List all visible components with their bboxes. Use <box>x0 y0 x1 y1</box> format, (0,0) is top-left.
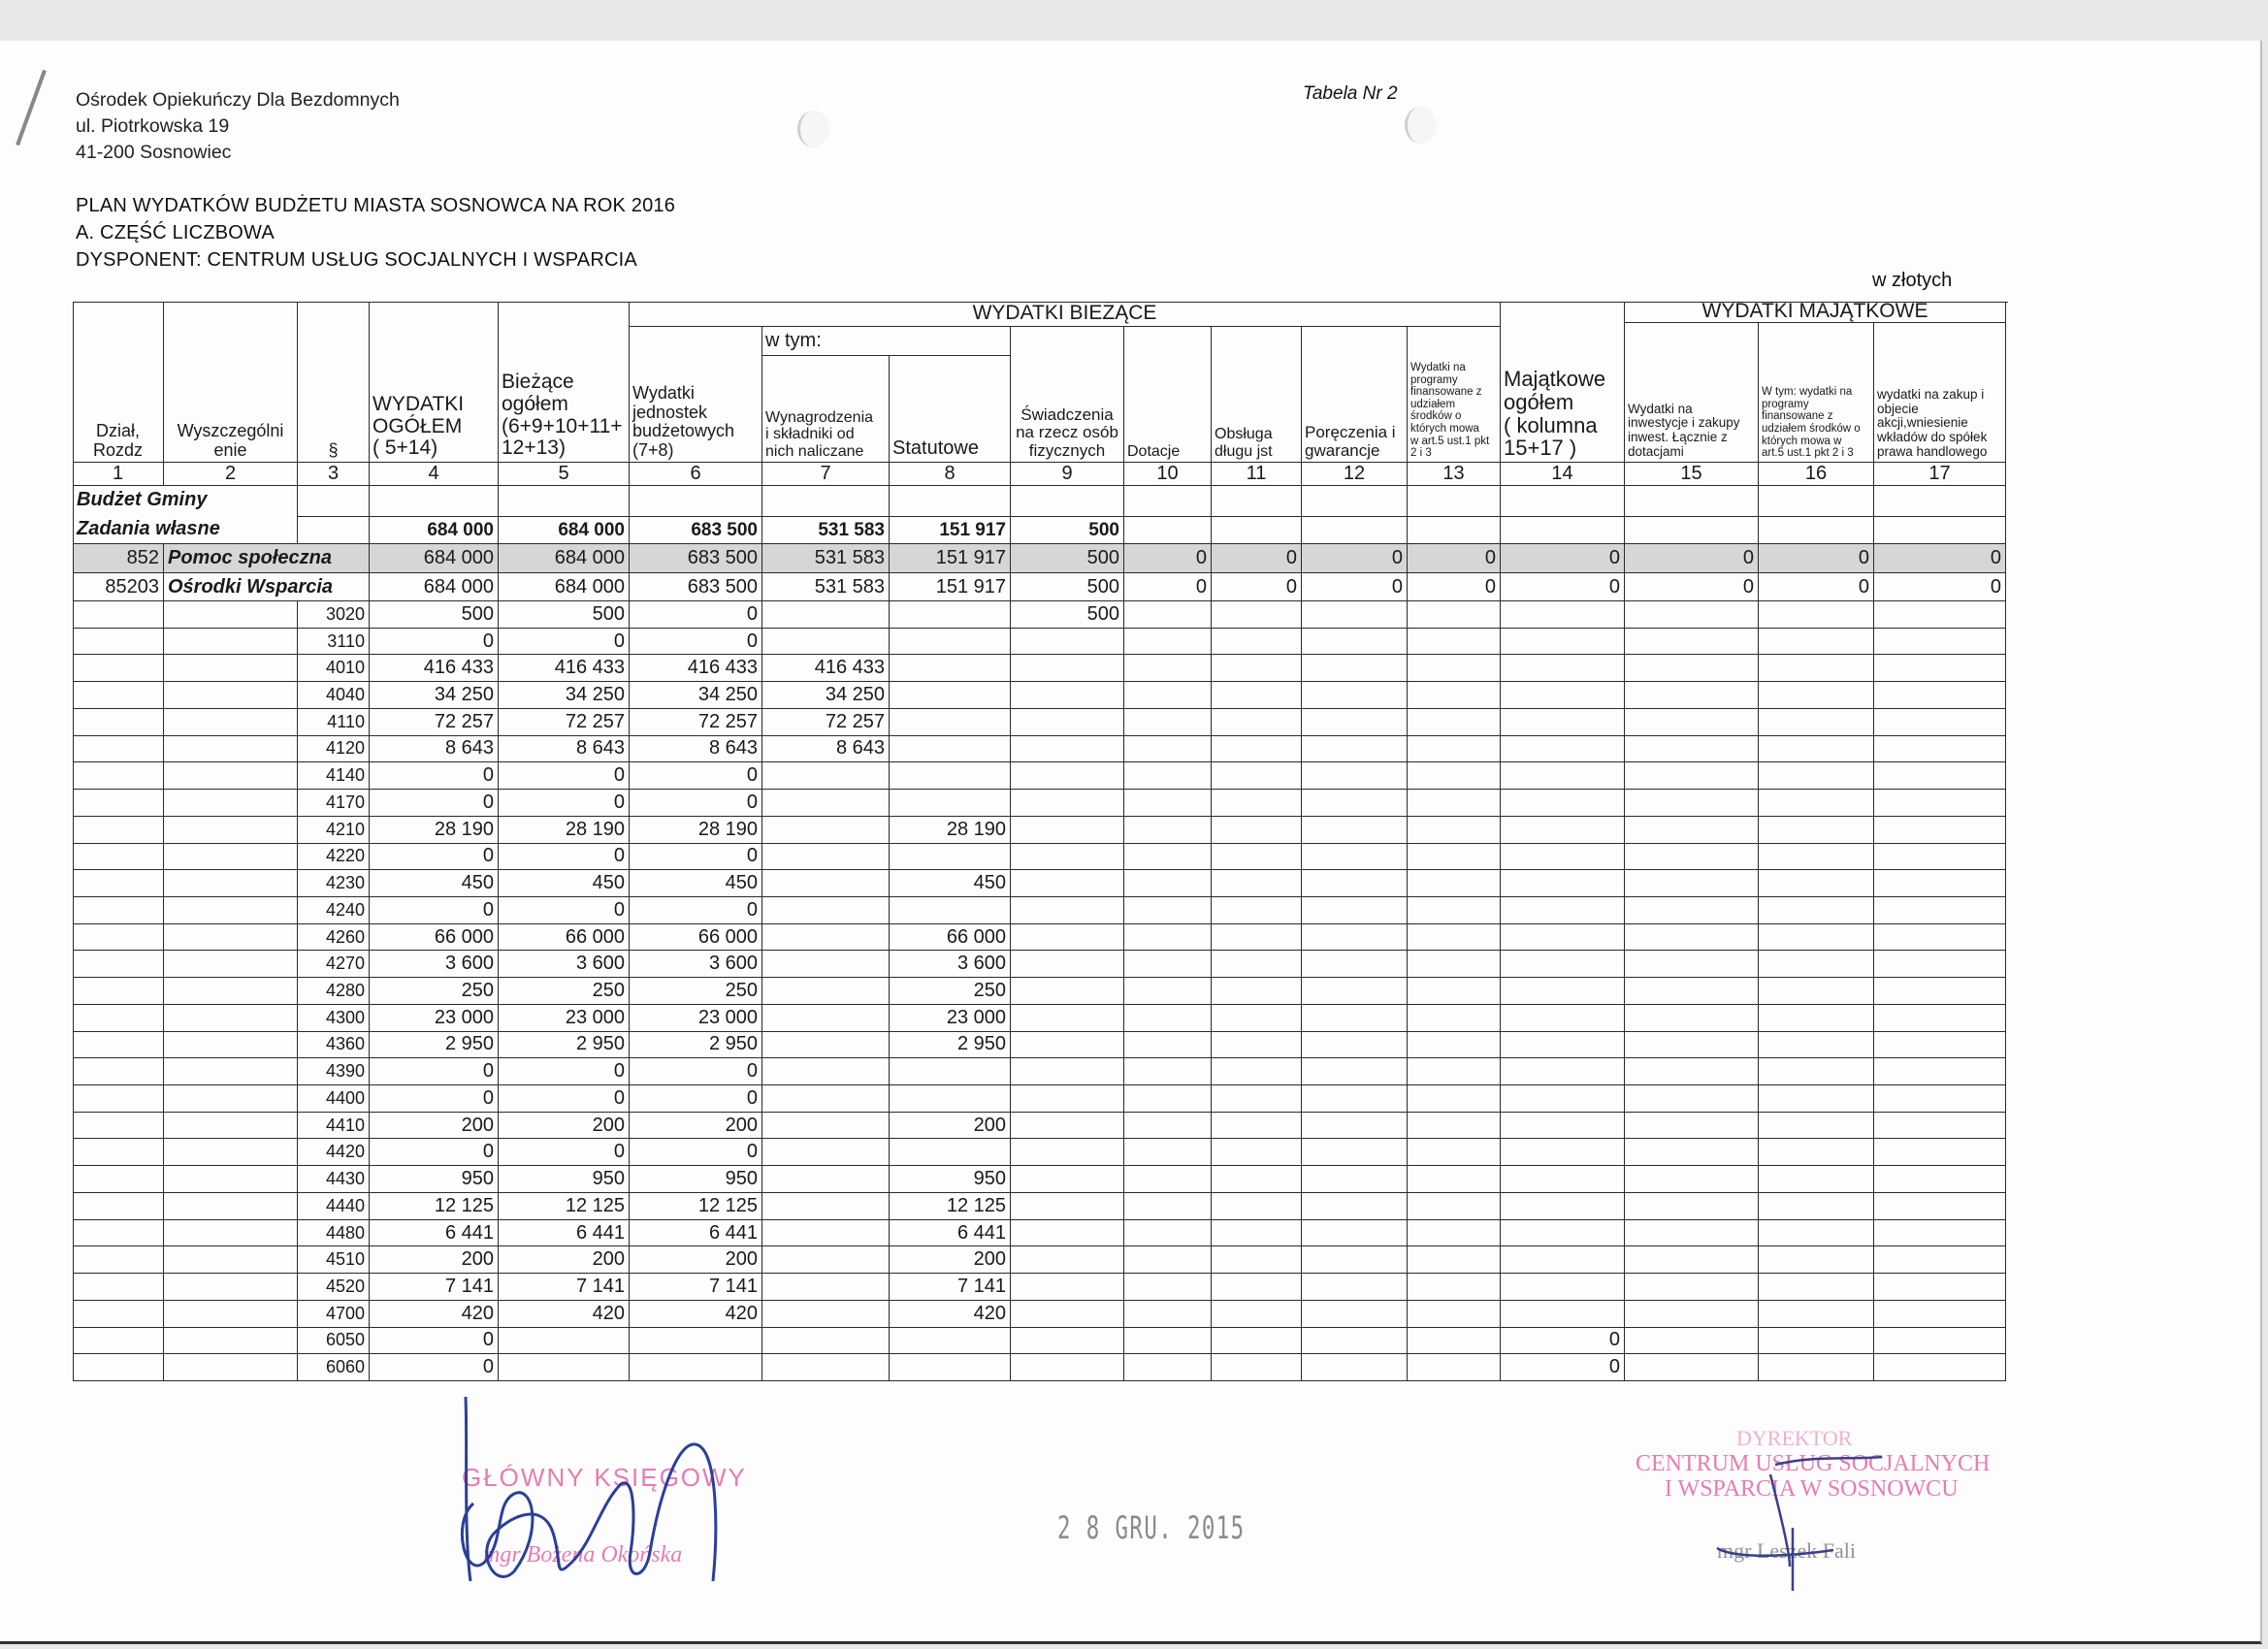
column-number: 1 <box>73 463 164 486</box>
detail-value <box>1124 790 1212 817</box>
detail-value <box>1625 1032 1759 1059</box>
column-number: 8 <box>890 463 1011 486</box>
detail-value <box>1501 762 1625 790</box>
detail-value <box>1874 1301 2006 1328</box>
detail-value <box>1302 978 1408 1005</box>
detail-blank <box>164 1354 298 1381</box>
summary-value: 684 000 <box>370 517 499 544</box>
detail-value: 66 000 <box>630 924 762 952</box>
detail-value <box>1212 790 1302 817</box>
paragraph-code: 4300 <box>298 1005 370 1032</box>
detail-value <box>1625 790 1759 817</box>
paragraph-code: 4480 <box>298 1220 370 1247</box>
row-section-name: Pomoc społeczna <box>164 544 370 573</box>
director-stamp-title: DYREKTOR <box>1736 1426 1852 1451</box>
detail-value <box>1408 844 1501 871</box>
detail-value <box>1759 1246 1874 1274</box>
detail-value <box>1011 1301 1124 1328</box>
detail-value <box>1124 951 1212 978</box>
detail-value <box>1212 844 1302 871</box>
detail-value <box>762 1193 890 1220</box>
detail-value <box>1501 844 1625 871</box>
summary-top-blank <box>630 486 762 517</box>
detail-value <box>762 1220 890 1247</box>
detail-value <box>1874 601 2006 629</box>
detail-value: 2 950 <box>890 1032 1011 1059</box>
col-header-paragraf: § <box>298 302 370 463</box>
row-section-name: Ośrodki Wsparcia <box>164 573 370 601</box>
detail-value: 0 <box>499 1058 630 1085</box>
detail-value <box>762 897 890 924</box>
detail-blank <box>164 1301 298 1328</box>
detail-value: 2 950 <box>370 1032 499 1059</box>
detail-value <box>1408 1139 1501 1166</box>
detail-value <box>1124 1246 1212 1274</box>
detail-value: 0 <box>499 790 630 817</box>
detail-value <box>1011 655 1124 682</box>
detail-value <box>1501 1005 1625 1032</box>
detail-blank <box>73 1032 164 1059</box>
col-header-wydatki-ogolem: WYDATKIOGÓŁEM( 5+14) <box>370 302 499 463</box>
detail-value: 420 <box>890 1301 1011 1328</box>
detail-value: 500 <box>499 601 630 629</box>
detail-value <box>1759 1328 1874 1355</box>
detail-value <box>1011 736 1124 763</box>
detail-value <box>1302 951 1408 978</box>
detail-value: 2 950 <box>630 1032 762 1059</box>
summary-value: 531 583 <box>762 517 890 544</box>
col-header-jednostek: Wydatkijednostekbudżetowych(7+8) <box>630 327 762 463</box>
detail-value <box>1124 844 1212 871</box>
detail-value <box>1501 790 1625 817</box>
detail-value: 0 <box>630 1139 762 1166</box>
detail-value <box>1302 709 1408 736</box>
detail-value: 3 600 <box>630 951 762 978</box>
detail-value <box>762 1058 890 1085</box>
detail-value: 12 125 <box>370 1193 499 1220</box>
detail-value <box>1501 817 1625 844</box>
detail-blank <box>73 870 164 897</box>
detail-value <box>1212 1246 1302 1274</box>
detail-value <box>1124 655 1212 682</box>
detail-value <box>1212 897 1302 924</box>
detail-value <box>1212 1193 1302 1220</box>
detail-blank <box>164 1139 298 1166</box>
row-value: 0 <box>1302 573 1408 601</box>
detail-value <box>1124 682 1212 709</box>
detail-value: 450 <box>370 870 499 897</box>
detail-value: 23 000 <box>370 1005 499 1032</box>
detail-value <box>1874 736 2006 763</box>
detail-value <box>890 1085 1011 1113</box>
row-value: 0 <box>1874 573 2006 601</box>
summary-value: 151 917 <box>890 517 1011 544</box>
detail-value <box>762 1328 890 1355</box>
detail-value <box>1625 870 1759 897</box>
detail-value: 950 <box>890 1166 1011 1193</box>
budget-table: Dział,RozdzWyszczególnienie§WYDATKIOGÓŁE… <box>0 0 2268 1649</box>
detail-value: 450 <box>499 870 630 897</box>
detail-value <box>1408 1274 1501 1301</box>
detail-value <box>1874 870 2006 897</box>
detail-value <box>1011 762 1124 790</box>
detail-value <box>1874 1085 2006 1113</box>
column-number: 6 <box>630 463 762 486</box>
detail-value: 450 <box>890 870 1011 897</box>
detail-blank <box>73 1274 164 1301</box>
paragraph-code: 6060 <box>298 1354 370 1381</box>
row-value: 0 <box>1124 573 1212 601</box>
detail-value <box>1759 924 1874 952</box>
detail-value: 23 000 <box>499 1005 630 1032</box>
col-header-inwestycje: Wydatki nainwestycje i zakupyinwest. Łąc… <box>1625 323 1759 463</box>
detail-value <box>1759 1058 1874 1085</box>
detail-blank <box>73 1328 164 1355</box>
detail-value <box>1124 629 1212 656</box>
detail-value: 0 <box>630 897 762 924</box>
detail-value: 950 <box>370 1166 499 1193</box>
column-number: 11 <box>1212 463 1302 486</box>
detail-value <box>1011 629 1124 656</box>
detail-value: 0 <box>370 1328 499 1355</box>
paragraph-code: 4410 <box>298 1113 370 1140</box>
detail-value <box>1874 1193 2006 1220</box>
detail-value <box>1625 1113 1759 1140</box>
detail-value <box>1124 736 1212 763</box>
detail-value <box>1874 1220 2006 1247</box>
summary-value <box>1501 517 1625 544</box>
detail-value <box>1124 1085 1212 1113</box>
detail-value: 66 000 <box>499 924 630 952</box>
detail-value <box>1759 1354 1874 1381</box>
detail-value <box>1759 629 1874 656</box>
detail-value <box>1625 844 1759 871</box>
row-value: 683 500 <box>630 544 762 573</box>
detail-value: 3 600 <box>890 951 1011 978</box>
row-value: 0 <box>1501 544 1625 573</box>
detail-value <box>1759 1085 1874 1113</box>
detail-value <box>1302 1274 1408 1301</box>
summary-value: 684 000 <box>499 517 630 544</box>
detail-value <box>762 1301 890 1328</box>
detail-value <box>1408 790 1501 817</box>
summary-top-blank <box>370 486 499 517</box>
detail-value <box>1501 870 1625 897</box>
detail-value <box>1874 951 2006 978</box>
detail-value <box>1011 1328 1124 1355</box>
column-number: 15 <box>1625 463 1759 486</box>
detail-value <box>1212 1032 1302 1059</box>
detail-value <box>1874 655 2006 682</box>
detail-value <box>762 1032 890 1059</box>
summary-top-blank <box>1124 486 1212 517</box>
detail-value <box>1212 1085 1302 1113</box>
detail-value <box>1501 1301 1625 1328</box>
detail-value <box>499 1328 630 1355</box>
detail-blank <box>73 1246 164 1274</box>
detail-value <box>1625 1085 1759 1113</box>
detail-blank <box>164 844 298 871</box>
detail-value <box>1408 924 1501 952</box>
detail-value <box>1124 1005 1212 1032</box>
detail-value <box>1212 682 1302 709</box>
detail-value <box>1011 1220 1124 1247</box>
detail-value <box>762 1166 890 1193</box>
detail-value <box>1501 1058 1625 1085</box>
detail-value <box>1625 1246 1759 1274</box>
col-header-akcje-udzialy: wydatki na zakup iobjecieakcji,wniesieni… <box>1874 323 2006 463</box>
detail-value <box>1011 870 1124 897</box>
paragraph-code: 4260 <box>298 924 370 952</box>
row-value: 0 <box>1625 573 1759 601</box>
detail-value: 0 <box>370 762 499 790</box>
detail-value <box>1124 601 1212 629</box>
detail-value <box>1874 1328 2006 1355</box>
detail-value <box>1408 762 1501 790</box>
detail-blank <box>164 1274 298 1301</box>
detail-value <box>762 1354 890 1381</box>
detail-value <box>1759 817 1874 844</box>
detail-blank <box>73 844 164 871</box>
detail-value <box>1874 1005 2006 1032</box>
detail-value <box>1124 897 1212 924</box>
detail-blank <box>164 790 298 817</box>
detail-value <box>1501 629 1625 656</box>
detail-value: 0 <box>499 762 630 790</box>
detail-value: 200 <box>370 1246 499 1274</box>
detail-value <box>1302 629 1408 656</box>
detail-value <box>630 1328 762 1355</box>
detail-value <box>1302 1058 1408 1085</box>
col-header-statutowe: Statutowe <box>890 356 1011 463</box>
detail-value <box>762 978 890 1005</box>
detail-value <box>1759 1032 1874 1059</box>
detail-value <box>1874 629 2006 656</box>
row-value: 0 <box>1759 573 1874 601</box>
detail-value <box>1124 709 1212 736</box>
detail-blank <box>164 978 298 1005</box>
detail-value <box>1302 1085 1408 1113</box>
detail-value <box>1501 897 1625 924</box>
column-number: 5 <box>499 463 630 486</box>
detail-value: 8 643 <box>762 736 890 763</box>
detail-value <box>1408 817 1501 844</box>
column-number: 12 <box>1302 463 1408 486</box>
detail-value <box>1124 1301 1212 1328</box>
detail-value <box>1625 897 1759 924</box>
detail-value <box>1501 682 1625 709</box>
detail-value: 34 250 <box>762 682 890 709</box>
detail-value <box>890 1328 1011 1355</box>
summary-top-blank <box>762 486 890 517</box>
detail-value <box>1124 1113 1212 1140</box>
detail-value <box>1625 924 1759 952</box>
detail-value <box>1302 655 1408 682</box>
detail-value: 420 <box>499 1301 630 1328</box>
detail-value: 0 <box>370 790 499 817</box>
detail-value <box>1408 897 1501 924</box>
detail-value <box>1302 1166 1408 1193</box>
detail-value <box>1212 817 1302 844</box>
detail-value <box>1874 1166 2006 1193</box>
detail-value <box>1759 682 1874 709</box>
detail-value <box>1124 1193 1212 1220</box>
detail-value: 416 433 <box>370 655 499 682</box>
detail-value <box>1124 1354 1212 1381</box>
detail-value <box>1212 1328 1302 1355</box>
detail-value <box>1501 1220 1625 1247</box>
detail-value <box>1874 790 2006 817</box>
detail-value <box>890 762 1011 790</box>
column-number: 2 <box>164 463 298 486</box>
detail-value <box>1011 1058 1124 1085</box>
detail-value: 23 000 <box>630 1005 762 1032</box>
detail-value <box>1302 1328 1408 1355</box>
detail-value <box>1011 1354 1124 1381</box>
detail-value: 8 643 <box>370 736 499 763</box>
detail-value <box>762 844 890 871</box>
detail-value <box>1874 1139 2006 1166</box>
detail-value: 28 190 <box>499 817 630 844</box>
detail-value: 0 <box>630 844 762 871</box>
detail-value <box>1501 1274 1625 1301</box>
row-value: 0 <box>1212 544 1302 573</box>
detail-value <box>762 1005 890 1032</box>
detail-value <box>1212 709 1302 736</box>
detail-blank <box>73 1193 164 1220</box>
summary-value <box>298 517 370 544</box>
detail-value <box>1124 1220 1212 1247</box>
detail-blank <box>164 601 298 629</box>
detail-value <box>1124 1328 1212 1355</box>
detail-value <box>1408 1301 1501 1328</box>
detail-value: 0 <box>630 790 762 817</box>
detail-value <box>1759 897 1874 924</box>
paragraph-code: 6050 <box>298 1328 370 1355</box>
summary-top-blank <box>1625 486 1759 517</box>
detail-value <box>1212 629 1302 656</box>
detail-value <box>1011 951 1124 978</box>
detail-value <box>1501 1166 1625 1193</box>
detail-value: 500 <box>370 601 499 629</box>
detail-blank <box>164 1193 298 1220</box>
summary-top-blank <box>1212 486 1302 517</box>
detail-value: 420 <box>370 1301 499 1328</box>
detail-value <box>1625 1354 1759 1381</box>
detail-blank <box>73 736 164 763</box>
detail-value <box>1124 924 1212 952</box>
detail-value <box>1302 1193 1408 1220</box>
detail-value <box>1625 682 1759 709</box>
detail-value: 7 141 <box>499 1274 630 1301</box>
detail-blank <box>164 1058 298 1085</box>
detail-value <box>1212 1005 1302 1032</box>
detail-value <box>1625 709 1759 736</box>
paragraph-code: 4210 <box>298 817 370 844</box>
detail-value <box>1625 978 1759 1005</box>
detail-value <box>890 736 1011 763</box>
row-value: 151 917 <box>890 573 1011 601</box>
detail-value: 72 257 <box>370 709 499 736</box>
date-stamp: 2 8 GRU. 2015 <box>1057 1509 1246 1546</box>
paragraph-code: 4280 <box>298 978 370 1005</box>
detail-value: 8 643 <box>499 736 630 763</box>
column-number: 17 <box>1874 463 2006 486</box>
detail-blank <box>164 1328 298 1355</box>
detail-value <box>1759 1113 1874 1140</box>
detail-blank <box>164 1032 298 1059</box>
detail-value: 0 <box>499 844 630 871</box>
detail-value <box>1408 655 1501 682</box>
detail-value: 12 125 <box>630 1193 762 1220</box>
detail-blank <box>164 817 298 844</box>
detail-value <box>1625 1328 1759 1355</box>
detail-value: 450 <box>630 870 762 897</box>
detail-value: 0 <box>630 1085 762 1113</box>
detail-value <box>1011 924 1124 952</box>
detail-value <box>1302 601 1408 629</box>
detail-value <box>890 601 1011 629</box>
detail-blank <box>164 870 298 897</box>
detail-value <box>1625 1193 1759 1220</box>
detail-blank <box>73 1058 164 1085</box>
detail-value: 12 125 <box>499 1193 630 1220</box>
detail-value <box>1625 1166 1759 1193</box>
detail-value <box>1302 1139 1408 1166</box>
row-value: 151 917 <box>890 544 1011 573</box>
detail-value <box>1625 1005 1759 1032</box>
detail-value <box>1212 1301 1302 1328</box>
detail-value <box>762 924 890 952</box>
summary-top-blank <box>298 486 370 517</box>
detail-value <box>1501 1193 1625 1220</box>
detail-value <box>1408 1113 1501 1140</box>
column-number: 9 <box>1011 463 1124 486</box>
detail-value: 250 <box>370 978 499 1005</box>
detail-value: 7 141 <box>890 1274 1011 1301</box>
detail-value: 66 000 <box>890 924 1011 952</box>
detail-value <box>1124 978 1212 1005</box>
detail-value: 72 257 <box>630 709 762 736</box>
detail-blank <box>73 978 164 1005</box>
detail-value <box>762 1246 890 1274</box>
summary-value <box>1625 517 1759 544</box>
w-tym-label: w tym: <box>762 327 1011 356</box>
detail-value: 6 441 <box>499 1220 630 1247</box>
detail-value <box>1408 1246 1501 1274</box>
detail-value <box>1408 1166 1501 1193</box>
detail-value <box>1302 762 1408 790</box>
col-header-wyszczegolnienie: Wyszczególnienie <box>164 302 298 463</box>
detail-blank <box>73 951 164 978</box>
summary-value <box>1212 517 1302 544</box>
detail-value <box>1874 844 2006 871</box>
paragraph-code: 4420 <box>298 1139 370 1166</box>
detail-value <box>1874 682 2006 709</box>
summary-top-blank <box>1759 486 1874 517</box>
row-dzial-code: 852 <box>73 544 164 573</box>
detail-value <box>1011 1139 1124 1166</box>
detail-blank <box>164 951 298 978</box>
detail-value <box>1408 1354 1501 1381</box>
detail-value <box>1625 1058 1759 1085</box>
detail-value <box>1124 762 1212 790</box>
detail-value: 0 <box>630 629 762 656</box>
detail-value <box>1625 601 1759 629</box>
detail-value <box>1212 951 1302 978</box>
col-header-obsluga-dlugu: Obsługadługu jst <box>1212 327 1302 463</box>
paragraph-code: 4510 <box>298 1246 370 1274</box>
